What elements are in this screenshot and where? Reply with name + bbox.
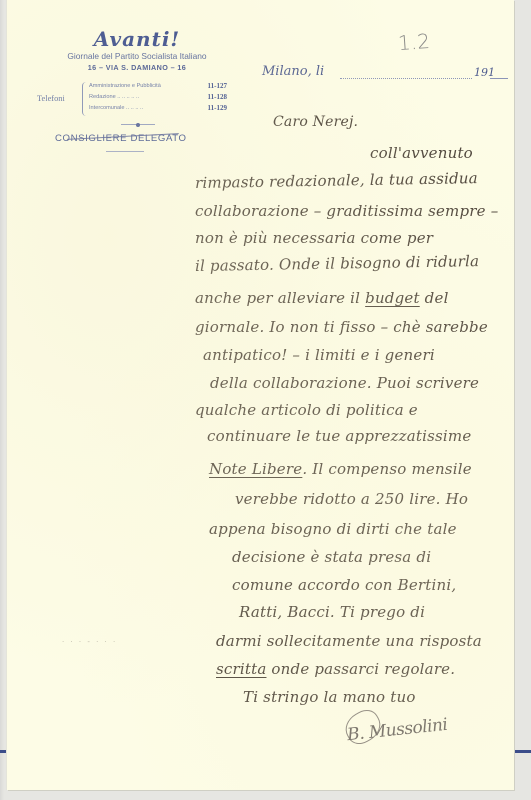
phone-number: 11-127 xyxy=(208,82,227,91)
letter-line: Ratti, Bacci. Ti prego di xyxy=(239,603,425,621)
scanned-page: Avanti! Giornale del Partito Socialista … xyxy=(0,0,531,800)
phone-row: Intercomunale .. .. .. .. 11-129 xyxy=(89,104,227,113)
phone-label: Redazione .. .. .. .. .. xyxy=(89,93,139,102)
phone-directory: Telefoni Amministrazione e Pubblicità 11… xyxy=(37,82,227,118)
letter-line: non è più necessaria come per xyxy=(195,229,433,247)
letter-line: coll'avvenuto xyxy=(370,144,473,162)
phone-label: Amministrazione e Pubblicità xyxy=(89,82,161,91)
salutation: Caro Nerej. xyxy=(273,114,358,130)
letter-line: collaborazione – graditissima sempre – xyxy=(195,202,498,220)
letter-text: . Il compenso mensile xyxy=(302,460,471,478)
letter-line: scritta onde passarci regolare. xyxy=(216,660,455,678)
underlined-word: budget xyxy=(365,289,420,307)
letter-line: Ti stringo la mano tuo xyxy=(243,688,416,706)
letter-text: del xyxy=(420,289,449,307)
letter-line: continuare le tue apprezzatissime xyxy=(207,427,471,445)
margin-marks: · · · ‐ · · · xyxy=(62,638,192,658)
letter-text: onde passarci regolare. xyxy=(266,660,455,678)
phone-row: Redazione .. .. .. .. .. 11-128 xyxy=(89,93,227,102)
underlined-title: Note Libere xyxy=(209,460,302,478)
brace-icon xyxy=(82,82,87,116)
phone-label: Intercomunale .. .. .. .. xyxy=(89,104,143,113)
letter-line: antipatico! – i limiti e i generi xyxy=(203,346,435,364)
phone-row: Amministrazione e Pubblicità 11-127 xyxy=(89,82,227,91)
letter-line: giornale. Io non ti fisso – chè sarebbe xyxy=(195,318,488,336)
date-blank xyxy=(340,78,472,79)
date-line: Milano, li 191 xyxy=(262,64,502,86)
phones-label: Telefoni xyxy=(37,94,65,103)
phone-number: 11-128 xyxy=(208,93,227,102)
role-underline xyxy=(106,151,144,152)
archive-number: 1.2 xyxy=(397,29,430,55)
date-place: Milano, li xyxy=(262,64,324,79)
newspaper-subtitle: Giornale del Partito Socialista Italiano xyxy=(47,51,227,62)
letter-line: comune accordo con Bertini, xyxy=(232,576,456,594)
letterhead: Avanti! Giornale del Partito Socialista … xyxy=(47,28,227,73)
letter-line: Note Libere. Il compenso mensile xyxy=(209,460,472,478)
phone-number: 11-129 xyxy=(208,104,227,113)
underlined-word: scritta xyxy=(216,660,266,678)
letter-line: qualche articolo di politica e xyxy=(195,401,418,419)
letter-line: verebbe ridotto a 250 lire. Ho xyxy=(235,490,468,508)
newspaper-title: Avanti! xyxy=(47,28,227,50)
scan-edge-marker-right xyxy=(515,750,531,753)
date-year-blank xyxy=(490,78,508,79)
letter-line: appena bisogno di dirti che tale xyxy=(209,520,457,538)
letter-line: anche per alleviare il budget del xyxy=(195,289,449,307)
letter-line: il passato. Onde il bisogno di ridurla xyxy=(195,252,480,275)
letter-line: rimpasto redazionale, la tua assidua xyxy=(195,169,478,192)
newspaper-address: 16 – VIA S. DAMIANO – 16 xyxy=(47,62,227,73)
letter-line: decisione è stata presa di xyxy=(232,548,431,566)
letter-line: darmi sollecitamente una risposta xyxy=(216,632,482,650)
letter-sheet: Avanti! Giornale del Partito Socialista … xyxy=(7,0,514,790)
letter-line: della collaborazione. Puoi scrivere xyxy=(210,374,479,392)
letter-text: anche per alleviare il xyxy=(195,289,365,307)
ornament-divider-icon xyxy=(121,124,155,125)
